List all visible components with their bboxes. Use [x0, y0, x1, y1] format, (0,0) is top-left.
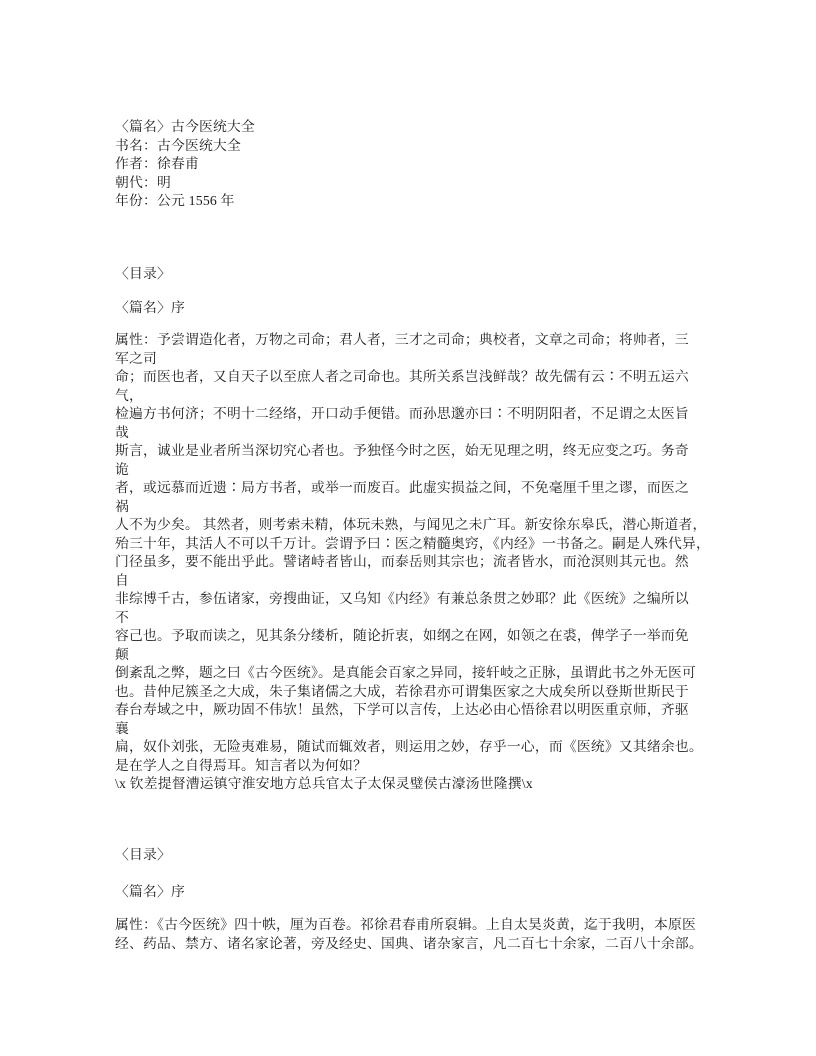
text-line: 颠: [115, 646, 710, 665]
text-line: 是在学人之自得焉耳。知言者以为何如？: [115, 757, 710, 776]
meta-block: 〈篇名〉古今医统大全书名：古今医统大全作者：徐春甫朝代：明年份：公元 1556 …: [115, 118, 255, 211]
text-line: \x 钦差提督漕运镇守淮安地方总兵官太子太保灵璧侯古濠汤世隆撰\x: [115, 775, 710, 794]
toc-heading-2: 〈目录〉: [115, 846, 171, 865]
text-line: 殆三十年，其活人不可以千万计。尝谓予曰∶医之精髓奥窍，《内经》一书备之。嗣是人殊…: [115, 535, 710, 554]
section-title-1: 〈篇名〉序: [115, 299, 185, 318]
text-line: 检遍方书何济；不明十二经络，开口动手便错。而孙思邈亦曰∶不明阴阳者，不足谓之太医…: [115, 405, 710, 424]
document-page: 〈篇名〉古今医统大全书名：古今医统大全作者：徐春甫朝代：明年份：公元 1556 …: [0, 0, 816, 1056]
text-line: 襄: [115, 720, 710, 739]
section-title-2: 〈篇名〉序: [115, 883, 185, 902]
text-line: 属性：予尝谓造化者，万物之司命；君人者，三才之司命；典校者，文章之司命；将帅者，…: [115, 331, 710, 350]
text-line: 〈篇名〉古今医统大全: [115, 118, 255, 137]
text-line: 非综博千古，参伍诸家，旁搜曲证，又乌知《内经》有兼总条贯之妙耶？此《医统》之编所…: [115, 590, 710, 609]
text-line: 命；而医也者，又自天子以至庶人者之司命也。其所关系岂浅鲜哉？故先儒有云∶不明五运…: [115, 368, 710, 387]
text-line: 经、药品、禁方、诸名家论著，旁及经史、国典、诸杂家言，凡二百七十余家，二百八十余…: [115, 935, 703, 954]
text-line: 军之司: [115, 350, 710, 369]
text-line: 春台寿域之中，厥功固不伟欤！虽然，下学可以言传，上达必由心悟徐君以明医重京师，齐…: [115, 701, 710, 720]
text-line: 〈目录〉: [115, 846, 171, 865]
text-line: 不: [115, 609, 710, 628]
text-line: 倒紊乱之弊，题之曰《古今医统》。是真能会百家之异同，接轩岐之正脉，虽谓此书之外无…: [115, 664, 710, 683]
text-line: 气，: [115, 387, 710, 406]
text-line: 斯言，诚业是业者所当深切究心者也。予独怪今时之医，始无见理之明，终无应变之巧。务…: [115, 442, 710, 461]
text-line: 者，或远慕而近遗∶局方书者，或举一而废百。此虚实损益之间，不免毫厘千里之谬，而医…: [115, 479, 710, 498]
text-line: 自: [115, 572, 710, 591]
text-line: 〈目录〉: [115, 265, 171, 284]
preface-1: 属性：予尝谓造化者，万物之司命；君人者，三才之司命；典校者，文章之司命；将帅者，…: [115, 331, 710, 794]
text-line: 诡: [115, 461, 710, 480]
toc-heading-1: 〈目录〉: [115, 265, 171, 284]
preface-2: 属性：《古今医统》四十帙，厘为百卷。祁徐君春甫所裒辑。上自太昊炎黄，迄于我明，本…: [115, 916, 703, 953]
text-line: 容己也。予取而读之，见其条分缕析，随论折衷，如纲之在网，如领之在裘，俾学子一举而…: [115, 627, 710, 646]
text-line: 属性：《古今医统》四十帙，厘为百卷。祁徐君春甫所裒辑。上自太昊炎黄，迄于我明，本…: [115, 916, 703, 935]
text-line: 〈篇名〉序: [115, 299, 185, 318]
text-line: 也。昔仲尼簇圣之大成，朱子集诸儒之大成，若徐君亦可谓集医家之大成矣所以登斯世斯民…: [115, 683, 710, 702]
text-line: 年份：公元 1556 年: [115, 192, 255, 211]
text-line: 祸: [115, 498, 710, 517]
text-line: 人不为少矣。 其然者，则考索未精，体玩未熟，与闻见之未广耳。新安徐东皋氏，潜心斯…: [115, 516, 710, 535]
text-line: 作者：徐春甫: [115, 155, 255, 174]
text-line: 朝代：明: [115, 174, 255, 193]
text-line: 门径虽多，要不能出乎此。譬诸峙者皆山，而泰岳则其宗也；流者皆水，而沧溟则其元也。…: [115, 553, 710, 572]
text-line: 扁，奴仆刘张，无险夷难易，随试而辄效者，则运用之妙，存乎一心，而《医统》又其绪余…: [115, 738, 710, 757]
text-line: 〈篇名〉序: [115, 883, 185, 902]
text-line: 书名：古今医统大全: [115, 137, 255, 156]
text-line: 哉: [115, 424, 710, 443]
